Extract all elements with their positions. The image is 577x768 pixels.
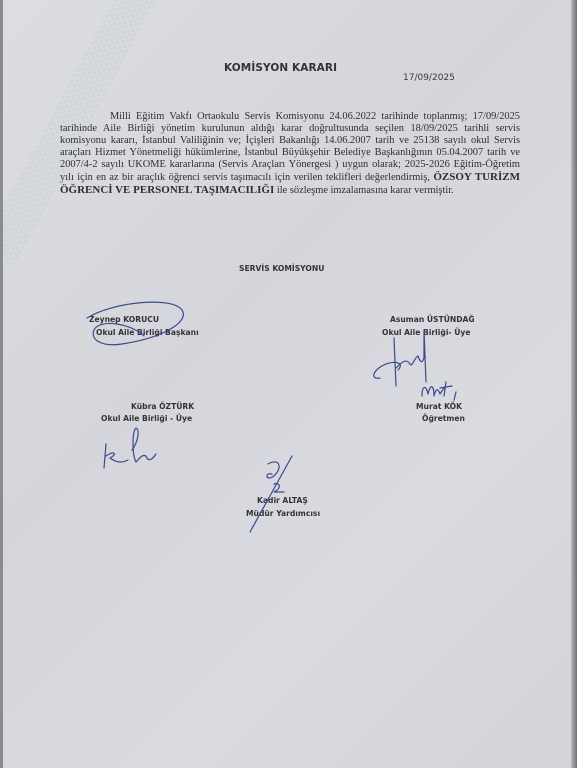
signatory-name-3: Kübra ÖZTÜRK	[131, 402, 194, 411]
signature-4	[418, 378, 468, 402]
signature-1	[82, 300, 192, 350]
signature-5	[244, 452, 304, 536]
document-date: 17/09/2025	[403, 73, 455, 83]
signatory-role-4: Öğretmen	[422, 414, 465, 423]
signatory-name-4: Murat KÖK	[416, 402, 462, 411]
paragraph-ending: ile sözleşme imzalamasına karar vermişti…	[277, 185, 454, 196]
document-title: KOMİSYON KARARI	[224, 62, 337, 74]
signatory-name-2: Asuman ÜSTÜNDAĞ	[390, 315, 475, 324]
signatory-role-3: Okul Aile Birliği - Üye	[101, 414, 192, 423]
scanned-document-page: ▒▒▒▒▒▒▒▒▒▒▒▒▒▒▒▒ KOMİSYON KARARI 17/09/2…	[0, 0, 577, 768]
decision-paragraph: Milli Eğitim Vakfı Ortaokulu Servis Komi…	[60, 111, 520, 197]
signature-3	[98, 424, 168, 476]
signature-section-title: SERVİS KOMİSYONU	[239, 264, 324, 273]
